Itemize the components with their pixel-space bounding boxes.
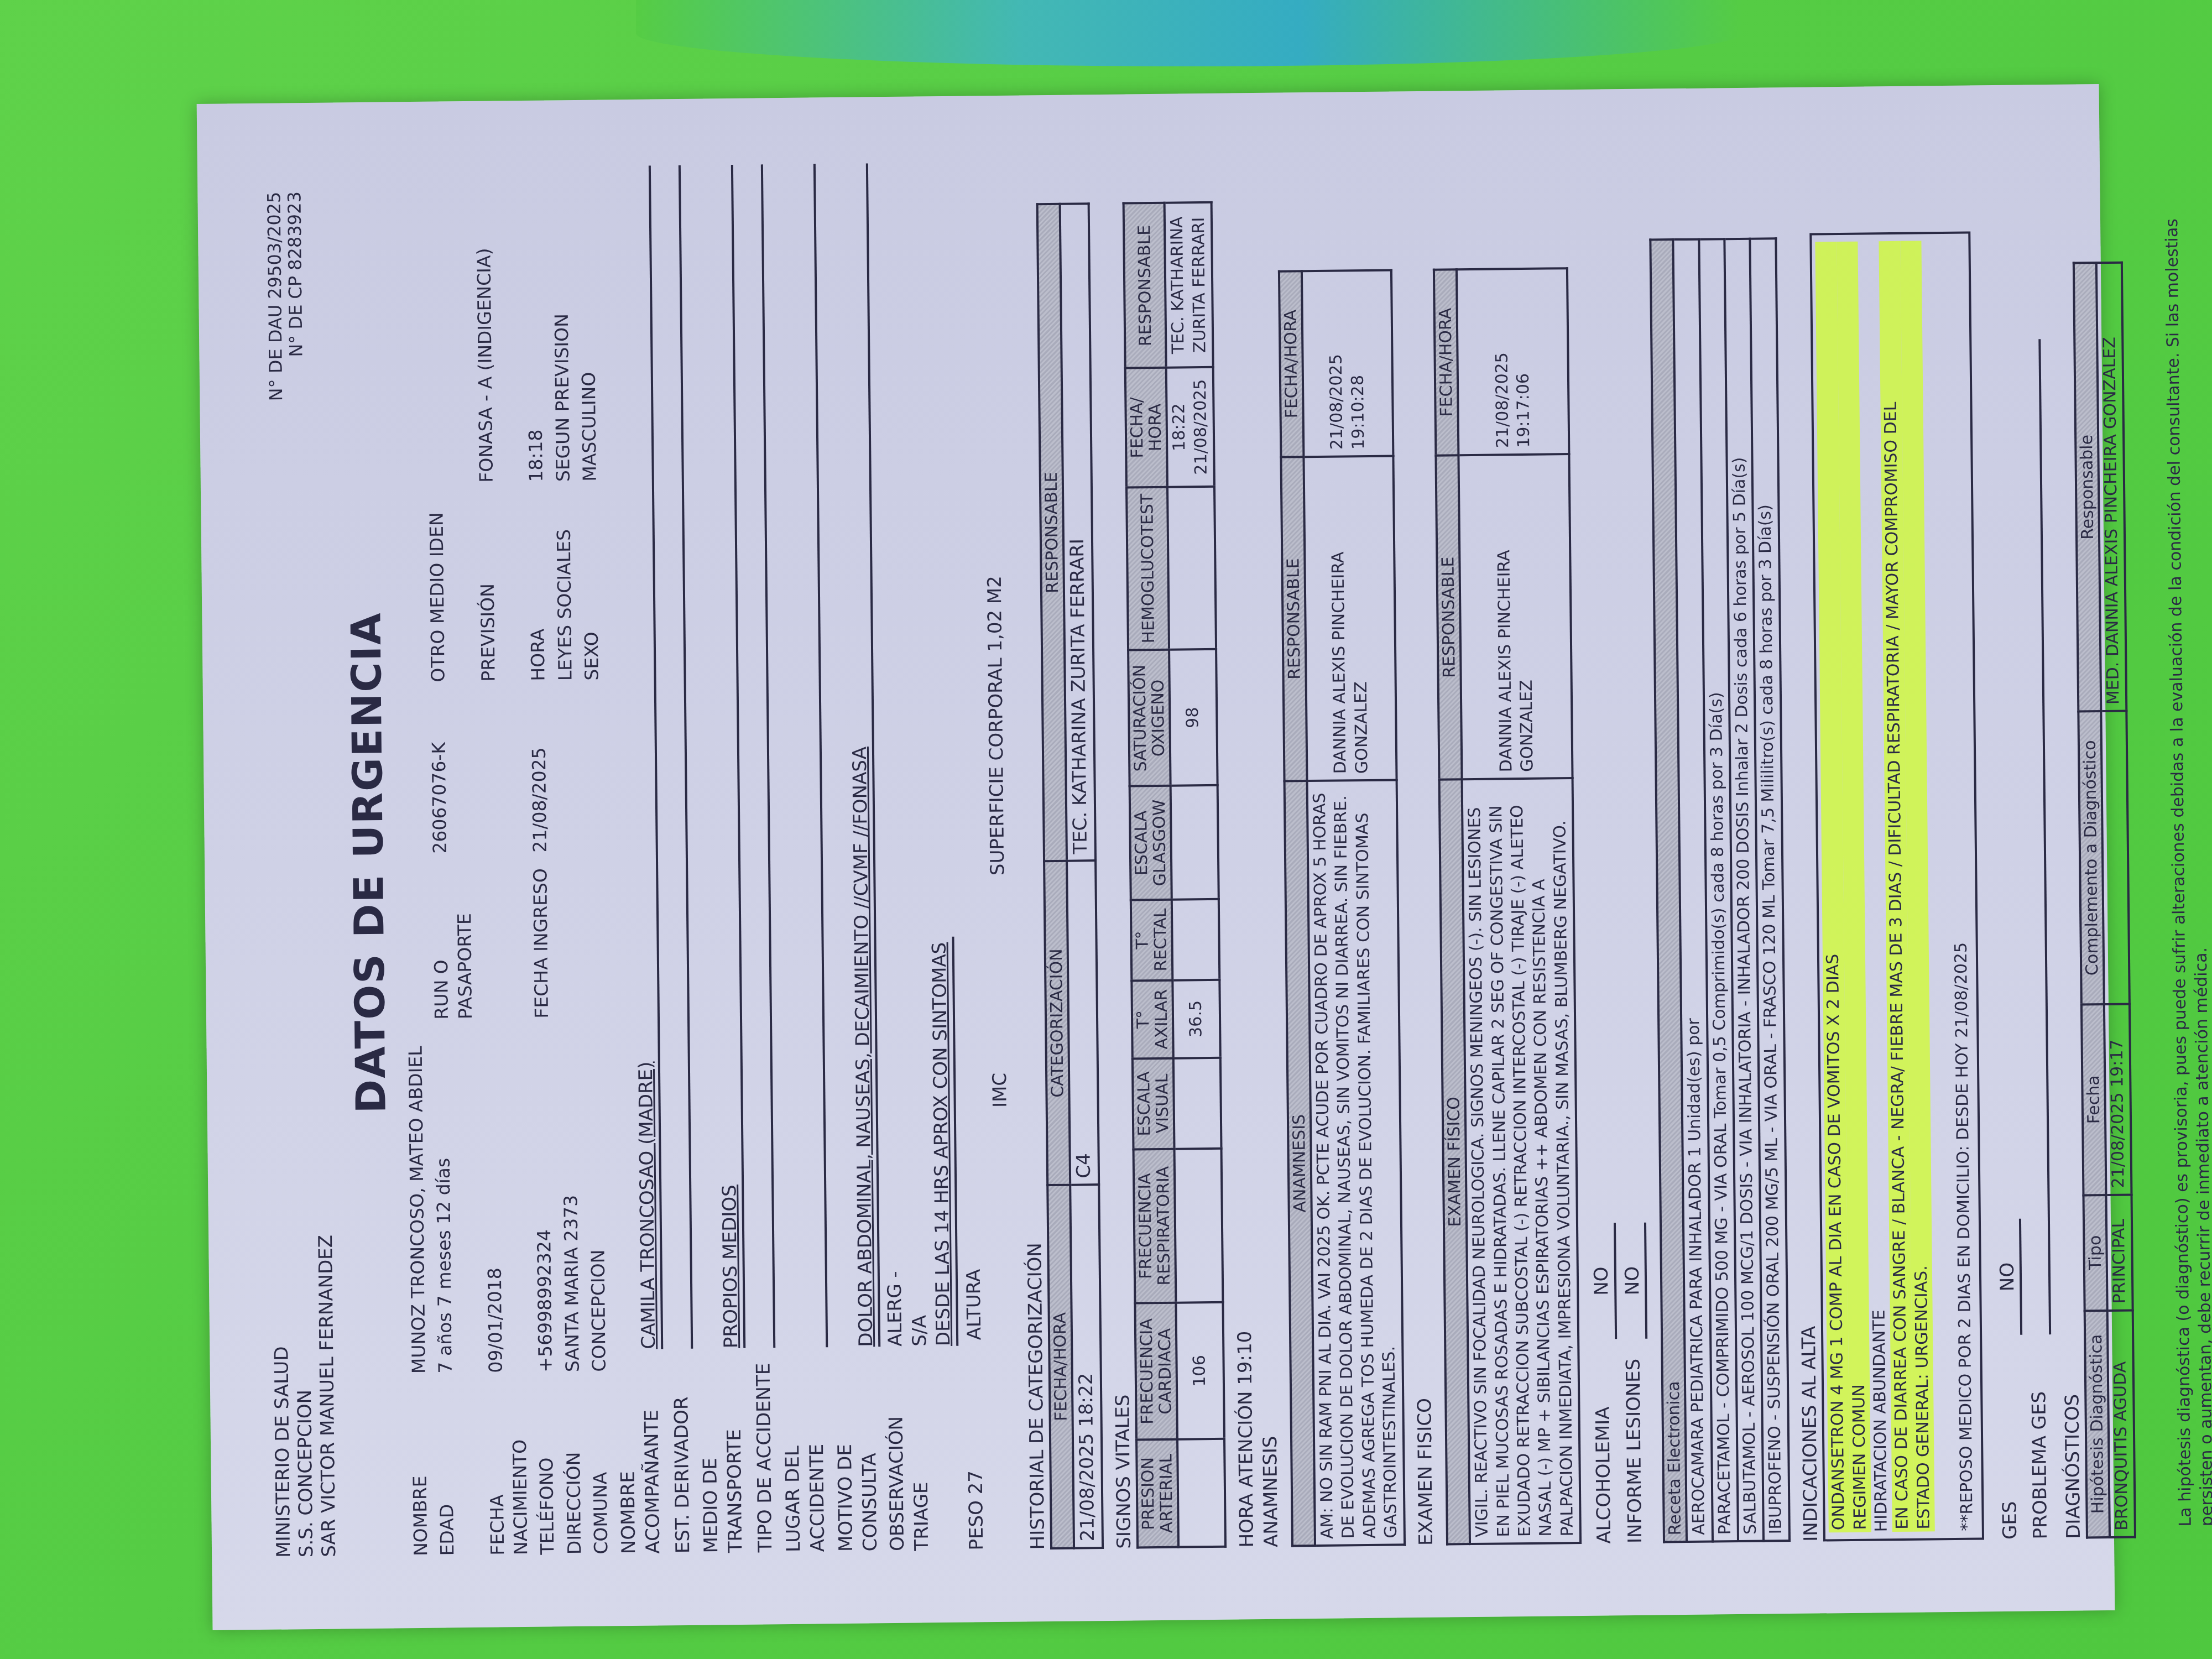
lesiones-value: NO bbox=[1620, 1223, 1648, 1339]
disclaimer-footer: La hipótesis diagnóstica (o diagnóstico)… bbox=[2161, 149, 2212, 1538]
paper-photo: MINISTERIO DE SALUD S.S. CONCEPCION SAR … bbox=[202, 79, 2110, 1636]
page-title: DATOS DE URGENCIA bbox=[336, 168, 403, 1557]
label-prevision: PREVISIÓN bbox=[475, 482, 524, 682]
examen-text: VIGIL. REACTIVO SIN FOCALIDAD NEUROLOGIC… bbox=[1462, 778, 1580, 1544]
field-triage: OBSERVACIÓN TRIAGE ALERG - S/A DESDE LAS… bbox=[872, 163, 961, 1551]
table-row: AM: NO SIN RAM PNI AL DIA. VAI 2025 OK. … bbox=[1302, 270, 1405, 1546]
value-sexo: MASCULINO bbox=[575, 166, 602, 481]
label-direccion: DIRECCIÓN bbox=[561, 1372, 586, 1554]
emergency-record-sheet: MINISTERIO DE SALUD S.S. CONCEPCION SAR … bbox=[197, 84, 2115, 1630]
label-leyes-sociales: LEYES SOCIALES bbox=[551, 482, 577, 681]
field-acompanante: NOMBRE ACOMPAÑANTE CAMILA TRONCOSAO (MAD… bbox=[603, 165, 665, 1554]
field-transporte: MEDIO DE TRANSPORTE PROPIOS MEDIOS bbox=[685, 165, 748, 1553]
discharge-instructions: ONDANSETRON 4 MG 1 COMP AL DIA EN CASO D… bbox=[1809, 231, 1984, 1541]
label-fecha-nacimiento: FECHA NACIMIENTO bbox=[484, 1373, 533, 1556]
dau-number: N° DE DAU 29503/2025 bbox=[264, 191, 286, 401]
dau-block: N° DE DAU 29503/2025 N° DE CP 8283923 bbox=[264, 191, 307, 401]
problema-ges-value bbox=[2016, 339, 2051, 1334]
altura: ALTURA bbox=[960, 1108, 987, 1340]
value-fecha-nacimiento: 09/01/2018 bbox=[481, 1019, 531, 1373]
triage-desde: DESDE LAS 14 HRS APROX CON SINTOMAS bbox=[928, 937, 958, 1347]
cp-number: N° DE CP 8283923 bbox=[284, 191, 307, 401]
prescription-table: Receta Electronica AEROCAMARA PEDIATRICA… bbox=[1649, 237, 1790, 1543]
label-edad: EDAD bbox=[434, 1373, 483, 1556]
label-hora: HORA bbox=[525, 482, 550, 681]
vital-signs-table: PRESION ARTERIAL FRECUENCIA CARDIACA FRE… bbox=[1123, 201, 1227, 1548]
value-run: 26067076-K bbox=[427, 682, 476, 854]
background-cloth bbox=[636, 0, 1742, 66]
examen-title: EXAMEN FISICO bbox=[1400, 158, 1438, 1546]
value-comuna: CONCEPCION bbox=[584, 1018, 611, 1371]
heart-rate: 106 bbox=[1176, 1302, 1224, 1439]
temp-axilar: 36.5 bbox=[1173, 980, 1220, 1058]
label-telefono: TELÉFONO bbox=[534, 1372, 560, 1554]
value-fecha-ingreso: 21/08/2025 bbox=[527, 681, 552, 852]
examen-table: EXAMEN FÍSICO RESPONSABLE FECHA/HORA VIG… bbox=[1433, 267, 1582, 1546]
field-lugar-accidente: LUGAR DEL ACCIDENTE bbox=[768, 164, 830, 1552]
label-fecha-ingreso: FECHA INGRESO bbox=[529, 852, 554, 1018]
ges-value: NO bbox=[1995, 1219, 2022, 1335]
anamnesis-text: AM: NO SIN RAM PNI AL DIA. VAI 2025 OK. … bbox=[1307, 780, 1405, 1546]
value-prevision: FONASA - A (INDIGENCIA) bbox=[472, 167, 521, 483]
label-nombre: NOMBRE bbox=[408, 1374, 433, 1556]
value-direccion: SANTA MARIA 2373 bbox=[557, 1018, 585, 1372]
peso: PESO 27 bbox=[963, 1340, 989, 1550]
value-leyes-sociales: SEGUN PREVISION bbox=[548, 166, 575, 482]
anamnesis-table: ANAMNESIS RESPONSABLE FECHA/HORA AM: NO … bbox=[1278, 269, 1406, 1547]
diagnosis-name: BRONQUITIS AGUDA bbox=[2107, 1310, 2136, 1537]
oxygen-saturation: 98 bbox=[1169, 649, 1217, 786]
patient-info: NOMBRE MUNOZ TRONCOSO, MATEO ABDIEL EDAD… bbox=[395, 166, 613, 1556]
label-otro-medio: OTRO MEDIO IDEN bbox=[425, 483, 473, 682]
alcoholemia-value: NO bbox=[1589, 1223, 1617, 1339]
label-comuna: COMUNA bbox=[587, 1371, 613, 1554]
table-row: VIGIL. REACTIVO SIN FOCALIDAD NEUROLOGIC… bbox=[1457, 268, 1580, 1544]
label-sexo: SEXO bbox=[578, 481, 604, 680]
value-hora: 18:18 bbox=[521, 166, 548, 482]
value-edad: 7 años 7 meses 12 días bbox=[430, 1019, 481, 1374]
label-run: RUN O PASAPORTE bbox=[429, 853, 477, 1020]
imc: IMC bbox=[987, 875, 1013, 1108]
value-telefono: +56998992324 bbox=[530, 1018, 557, 1372]
superficie-corporal: SUPERFICIE CORPORAL 1,02 M2 bbox=[983, 576, 1010, 875]
